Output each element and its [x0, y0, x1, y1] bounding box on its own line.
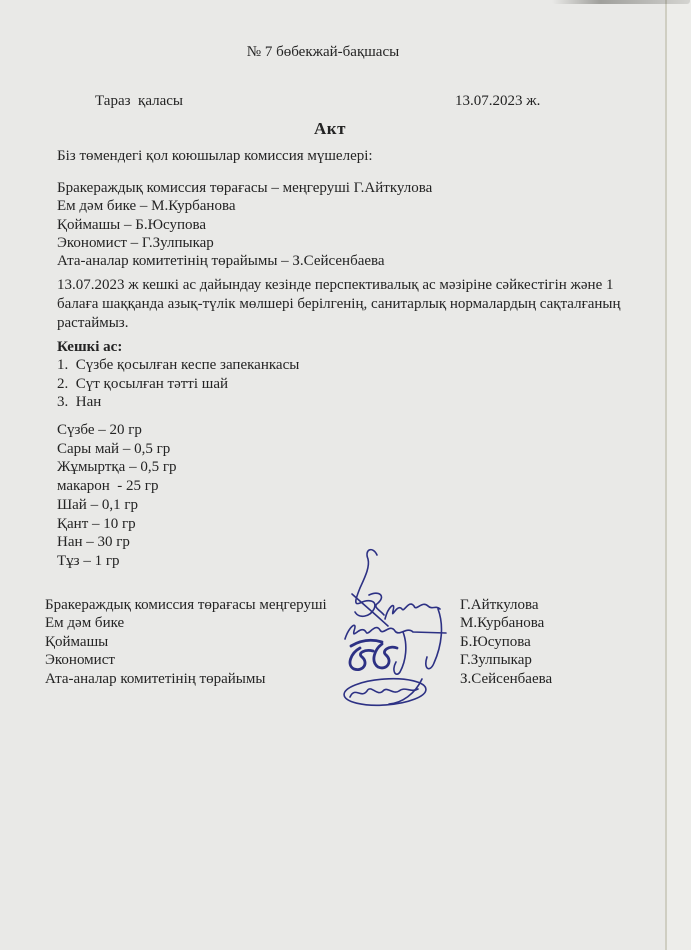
commission-member: Ата-аналар комитетінің төрайымы – З.Сейс…: [57, 252, 432, 270]
portion-line: Нан – 30 гр: [57, 533, 176, 552]
portion-line: Шай – 0,1 гр: [57, 496, 176, 515]
signature-stroke-4: [351, 640, 382, 646]
signature-role: Бракераждық комиссия төрағасы меңгеруші: [45, 597, 327, 614]
portion-line: Тұз – 1 гр: [57, 552, 176, 571]
scan-paper-edge-strip: [667, 0, 691, 950]
commission-member: Қоймашы – Б.Юсупова: [57, 216, 432, 234]
handwritten-signatures-ink: [333, 545, 473, 710]
signature-stroke-chair: [352, 594, 388, 626]
portion-line: Сүзбе – 20 гр: [57, 421, 176, 440]
city-label: Тараз қаласы: [95, 93, 183, 110]
signature-role: Қоймашы: [45, 634, 108, 651]
menu-item: 3. Нан: [57, 393, 299, 412]
portions-list: Сүзбе – 20 гр Сары май – 0,5 гр Жұмыртқа…: [57, 421, 176, 571]
org-title: № 7 бөбекжай-бақшасы: [0, 44, 646, 61]
scan-top-smudge: [552, 0, 690, 4]
signature-stroke-2: [385, 604, 440, 619]
menu-heading: Кешкі ас:: [57, 339, 122, 356]
commission-member: Ем дәм бике – М.Курбанова: [57, 197, 432, 215]
dateline: Тараз қаласы 13.07.2023 ж.: [0, 93, 691, 113]
signature-stroke-4: [374, 644, 397, 668]
signature-role: Ем дәм бике: [45, 615, 124, 632]
date-label: 13.07.2023 ж.: [455, 93, 540, 110]
document-title: Акт: [0, 119, 660, 139]
signature-stroke-4-group: [350, 640, 397, 669]
intro-line: Біз төмендегі қол коюшылар комиссия мүше…: [57, 148, 373, 165]
scanned-document-page: № 7 бөбекжай-бақшасы Тараз қаласы 13.07.…: [0, 0, 691, 950]
commission-member: Бракераждық комиссия төрағасы – меңгеруш…: [57, 179, 432, 197]
portion-line: макарон - 25 гр: [57, 477, 176, 496]
statement-paragraph: 13.07.2023 ж кешкі ас дайындау кезінде п…: [57, 276, 657, 333]
signature-stroke-2: [426, 609, 442, 669]
menu-list: 1. Сүзбе қосылған кеспе запеканкасы 2. С…: [57, 356, 299, 412]
signature-role: Ата-аналар комитетінің төрайымы: [45, 671, 265, 688]
portion-line: Сары май – 0,5 гр: [57, 440, 176, 459]
signature-ink-group: [343, 550, 446, 708]
menu-item: 2. Сүт қосылған тәтті шай: [57, 375, 299, 394]
scan-edge-line: [665, 0, 667, 950]
commission-member: Экономист – Г.Зулпыкар: [57, 234, 432, 252]
signature-name: З.Сейсенбаева: [460, 671, 552, 688]
signature-stroke-3: [394, 632, 406, 674]
menu-item: 1. Сүзбе қосылған кеспе запеканкасы: [57, 356, 299, 375]
portion-line: Жұмыртқа – 0,5 гр: [57, 458, 176, 477]
commission-list: Бракераждық комиссия төрағасы – меңгеруш…: [57, 179, 432, 270]
signature-role: Экономист: [45, 652, 115, 669]
signature-stroke-4: [350, 648, 373, 670]
signature-stroke-3: [345, 625, 446, 639]
portion-line: Қант – 10 гр: [57, 515, 176, 534]
